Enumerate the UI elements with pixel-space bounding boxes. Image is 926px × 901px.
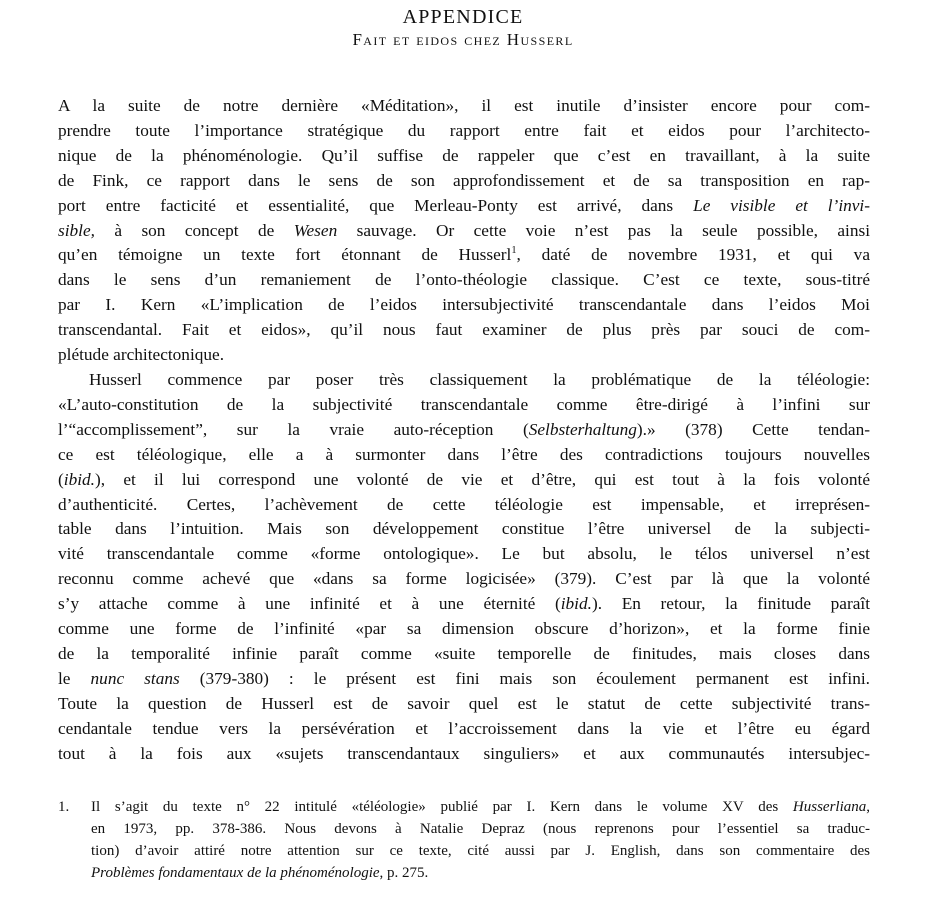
text-line: tion) d’avoir attiré notre attention sur… [91, 840, 870, 862]
title-block: APPENDICE Fait et eidos chez Husserl [0, 5, 926, 50]
text-line: qu’en témoigne un texte fort étonnant de… [58, 243, 870, 268]
text-line: A la suite de notre dernière «Méditation… [58, 94, 870, 119]
text-line: d’authenticité. Certes, l’achèvement de … [58, 493, 870, 518]
text-line: Toute la question de Husserl est de savo… [58, 692, 870, 717]
footnote-lines: Il s’agit du texte n° 22 intitulé «téléo… [91, 796, 870, 884]
italic-text: ibid. [64, 470, 95, 489]
italic-text: Selbsterhaltung [529, 420, 637, 439]
text-line: par I. Kern «L’implication de l’eidos in… [58, 293, 870, 318]
italic-text: Le visible et l’invi- [693, 196, 870, 215]
text-line: transcendantal. Fait et eidos», qu’il no… [58, 318, 870, 343]
italic-text: ibid. [561, 594, 592, 613]
page-subtitle: Fait et eidos chez Husserl [0, 30, 926, 50]
italic-text: Problèmes fondamentaux de la phénoménolo… [91, 865, 380, 881]
text-line: dans le sens d’un remaniement de l’onto-… [58, 268, 870, 293]
italic-text: sible, [58, 221, 95, 240]
italic-text: Husserliana [793, 799, 866, 815]
text-line: Husserl commence par poser très classiqu… [58, 368, 870, 393]
text-line: de la temporalité infinie paraît comme «… [58, 642, 870, 667]
text-line: (ibid.), et il lui correspond une volont… [58, 468, 870, 493]
book-page: APPENDICE Fait et eidos chez Husserl A l… [0, 0, 926, 901]
text-line: prendre toute l’importance stratégique d… [58, 119, 870, 144]
text-line: comme une forme de l’infinité «par sa di… [58, 617, 870, 642]
text-line: sible, à son concept de Wesen sauvage. O… [58, 219, 870, 244]
paragraph: A la suite de notre dernière «Méditation… [58, 94, 870, 368]
text-line: port entre facticité et essentialité, qu… [58, 194, 870, 219]
page-title: APPENDICE [0, 5, 926, 29]
text-line: cendantale tendue vers la persévération … [58, 717, 870, 742]
italic-text: Wesen [294, 221, 338, 240]
text-line: de Fink, ce rapport dans le sens de son … [58, 169, 870, 194]
footnote-block: 1. Il s’agit du texte n° 22 intitulé «té… [58, 796, 870, 884]
footnote-ref: 1 [511, 246, 516, 257]
text-line: Problèmes fondamentaux de la phénoménolo… [91, 862, 870, 884]
text-line: vité transcendantale comme «forme ontolo… [58, 542, 870, 567]
footnote-number: 1. [58, 796, 91, 884]
italic-text: nunc stans [91, 669, 180, 688]
text-line: Il s’agit du texte n° 22 intitulé «téléo… [91, 796, 870, 818]
footnote-row: 1. Il s’agit du texte n° 22 intitulé «té… [58, 796, 870, 884]
text-line: plétude architectonique. [58, 343, 870, 368]
text-line: le nunc stans (379-380) : le présent est… [58, 667, 870, 692]
text-line: tout à la fois aux «sujets transcendanta… [58, 742, 870, 767]
text-line: s’y attache comme à une infinité et à un… [58, 592, 870, 617]
text-line: table dans l’intuition. Mais son dévelop… [58, 517, 870, 542]
text-line: en 1973, pp. 378-386. Nous devons à Nata… [91, 818, 870, 840]
text-line: nique de la phénoménologie. Qu’il suffis… [58, 144, 870, 169]
text-line: «L’auto-constitution de la subjectivité … [58, 393, 870, 418]
text-line: reconnu comme achevé que «dans sa forme … [58, 567, 870, 592]
text-line: l’“accomplissement”, sur la vraie auto-r… [58, 418, 870, 443]
body-text: A la suite de notre dernière «Méditation… [58, 94, 870, 766]
paragraph: Husserl commence par poser très classiqu… [58, 368, 870, 767]
text-line: ce est téléologique, elle a à surmonter … [58, 443, 870, 468]
